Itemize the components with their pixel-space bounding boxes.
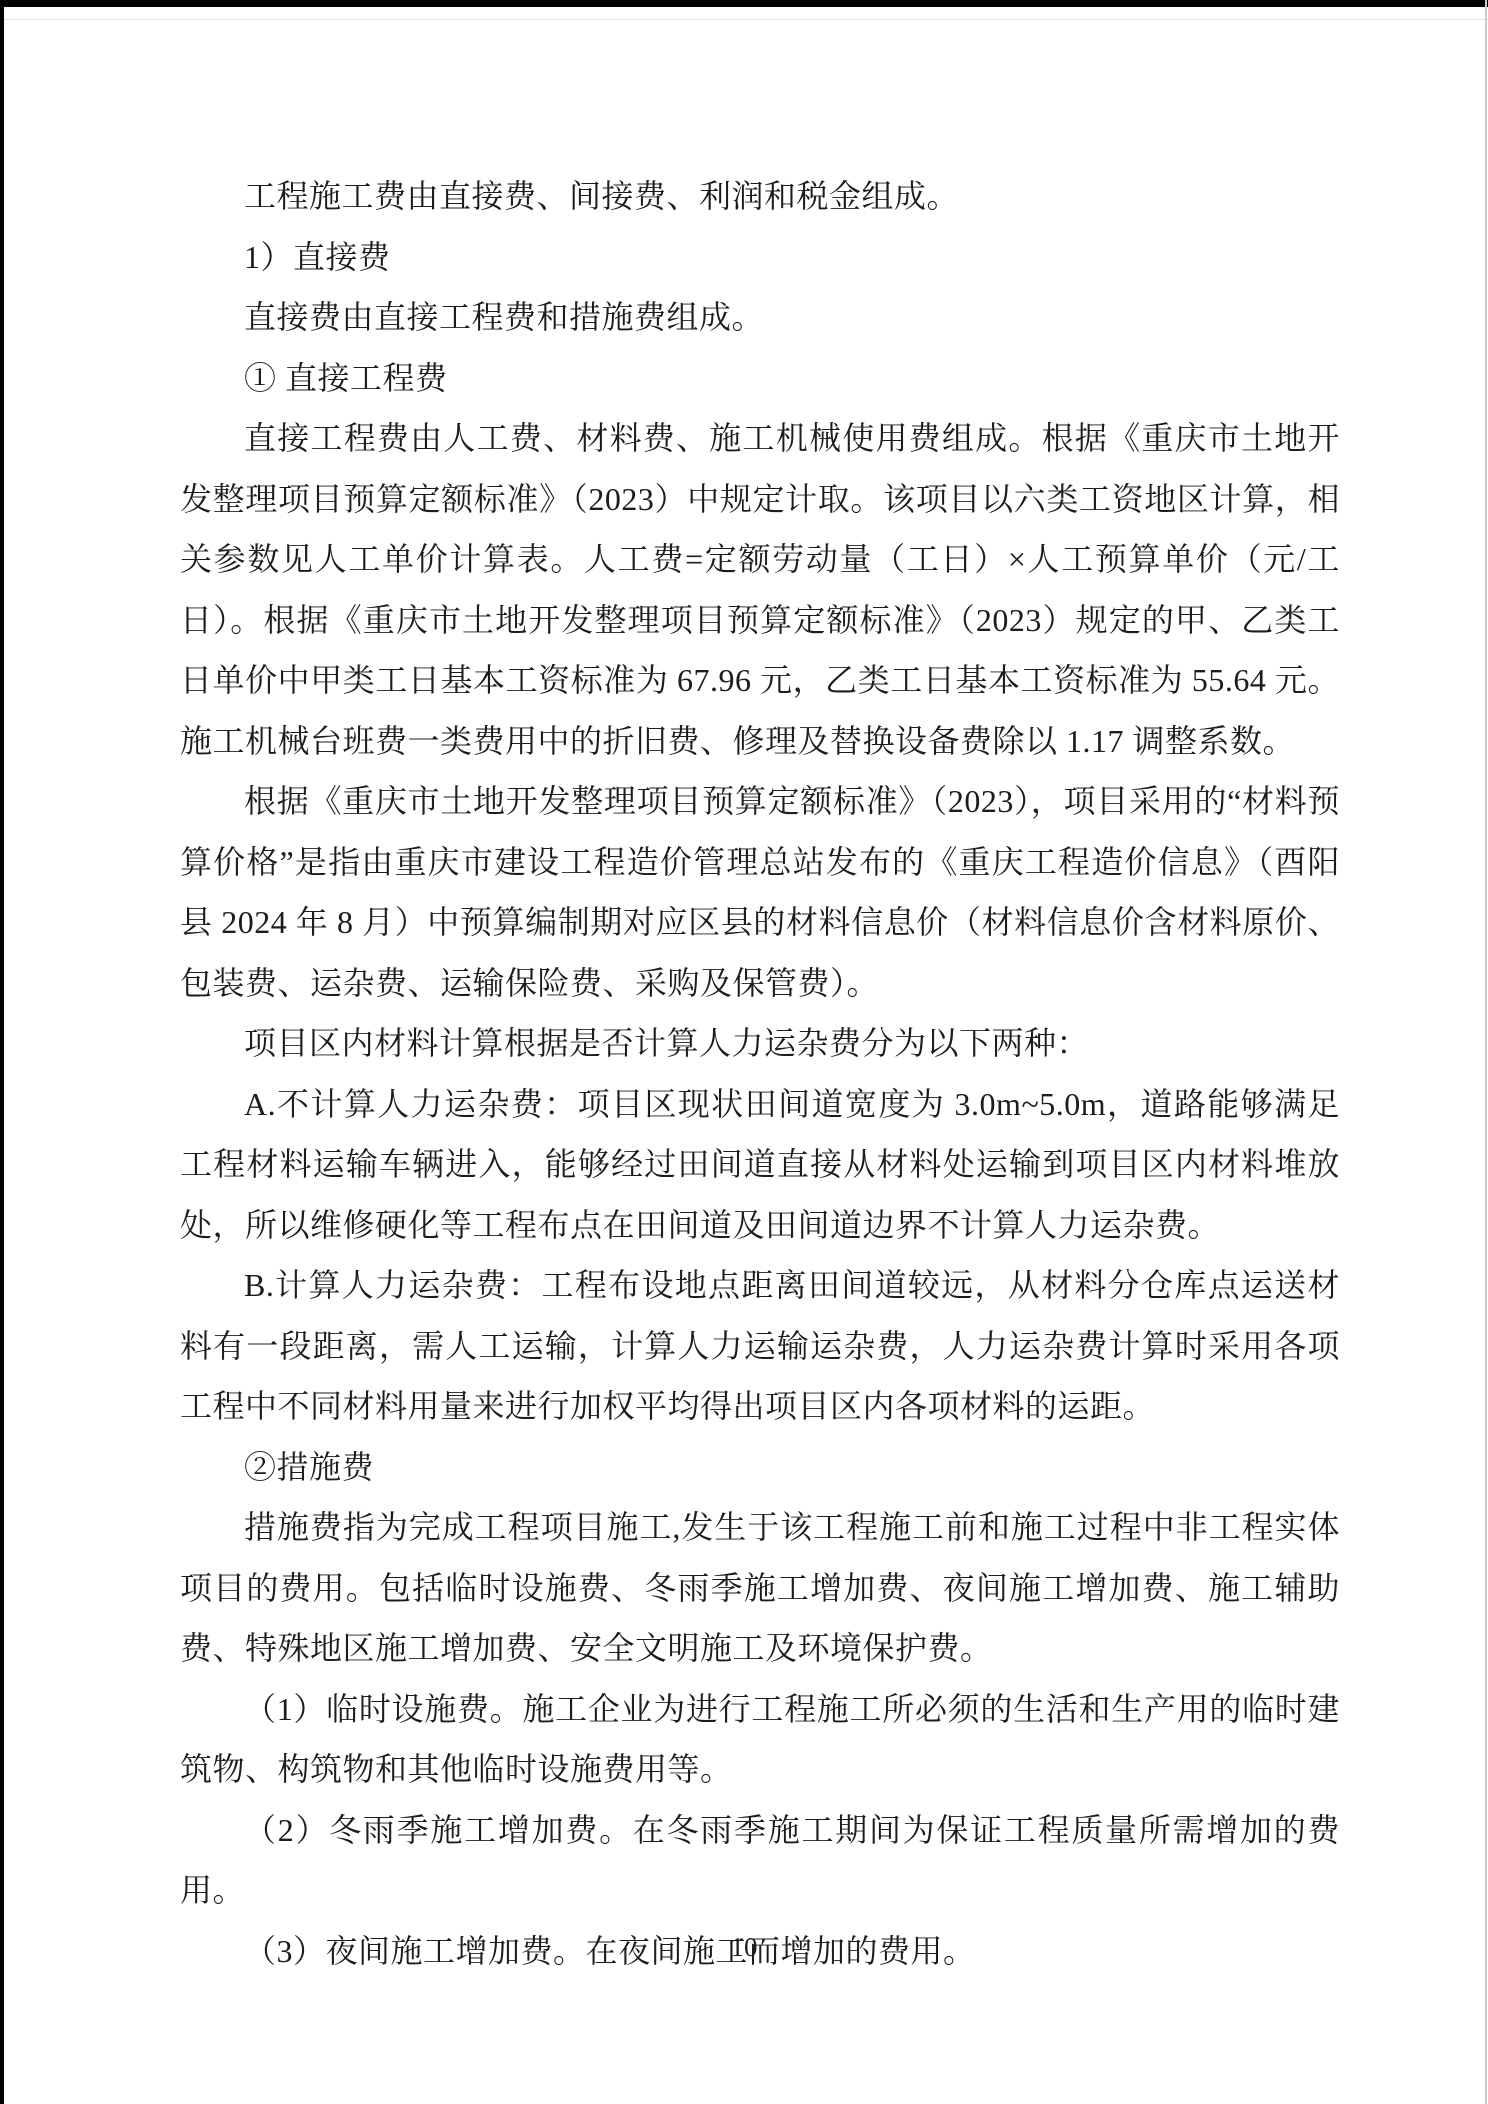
paragraph-direct-engineering-fee: 直接工程费由人工费、材料费、施工机械使用费组成。根据《重庆市土地开发整理项目预算… bbox=[180, 408, 1340, 771]
heading-direct-fee: 1）直接费 bbox=[180, 227, 1340, 288]
paragraph-material-budget-price: 根据《重庆市土地开发整理项目预算定额标准》（2023），项目采用的“材料预算价格… bbox=[180, 771, 1340, 1013]
paragraph-measure-fee: 措施费指为完成工程项目施工,发生于该工程施工前和施工过程中非工程实体项目的费用。… bbox=[180, 1497, 1340, 1679]
paragraph-direct-fee-composition: 直接费由直接工程费和措施费组成。 bbox=[180, 287, 1340, 348]
paragraph-type-b: B.计算人力运杂费：工程布设地点距离田间道较远，从材料分仓库点运送材料有一段距离… bbox=[180, 1255, 1340, 1437]
paragraph-material-two-types: 项目区内材料计算根据是否计算人力运杂费分为以下两种： bbox=[180, 1013, 1340, 1074]
heading-measure-fee: ②措施费 bbox=[180, 1437, 1340, 1498]
page-right-edge bbox=[1485, 0, 1487, 2104]
document-body: 工程施工费由直接费、间接费、利润和税金组成。 1）直接费 直接费由直接工程费和措… bbox=[180, 166, 1340, 1981]
page-top-border bbox=[0, 0, 1488, 7]
paragraph-type-a: A.不计算人力运杂费：项目区现状田间道宽度为 3.0m~5.0m，道路能够满足工… bbox=[180, 1074, 1340, 1256]
document-page: 工程施工费由直接费、间接费、利润和税金组成。 1）直接费 直接费由直接工程费和措… bbox=[0, 0, 1488, 2104]
paragraph-winter-rain-fee: （2）冬雨季施工增加费。在冬雨季施工期间为保证工程质量所需增加的费用。 bbox=[180, 1800, 1340, 1921]
page-left-border bbox=[0, 0, 4, 2104]
paragraph-intro: 工程施工费由直接费、间接费、利润和税金组成。 bbox=[180, 166, 1340, 227]
scan-artifact-line bbox=[0, 19, 1488, 20]
heading-direct-engineering-fee: ① 直接工程费 bbox=[180, 348, 1340, 409]
paragraph-temporary-facility-fee: （1）临时设施费。施工企业为进行工程施工所必须的生活和生产用的临时建筑物、构筑物… bbox=[180, 1679, 1340, 1800]
page-number: 10 bbox=[0, 1932, 1488, 1963]
